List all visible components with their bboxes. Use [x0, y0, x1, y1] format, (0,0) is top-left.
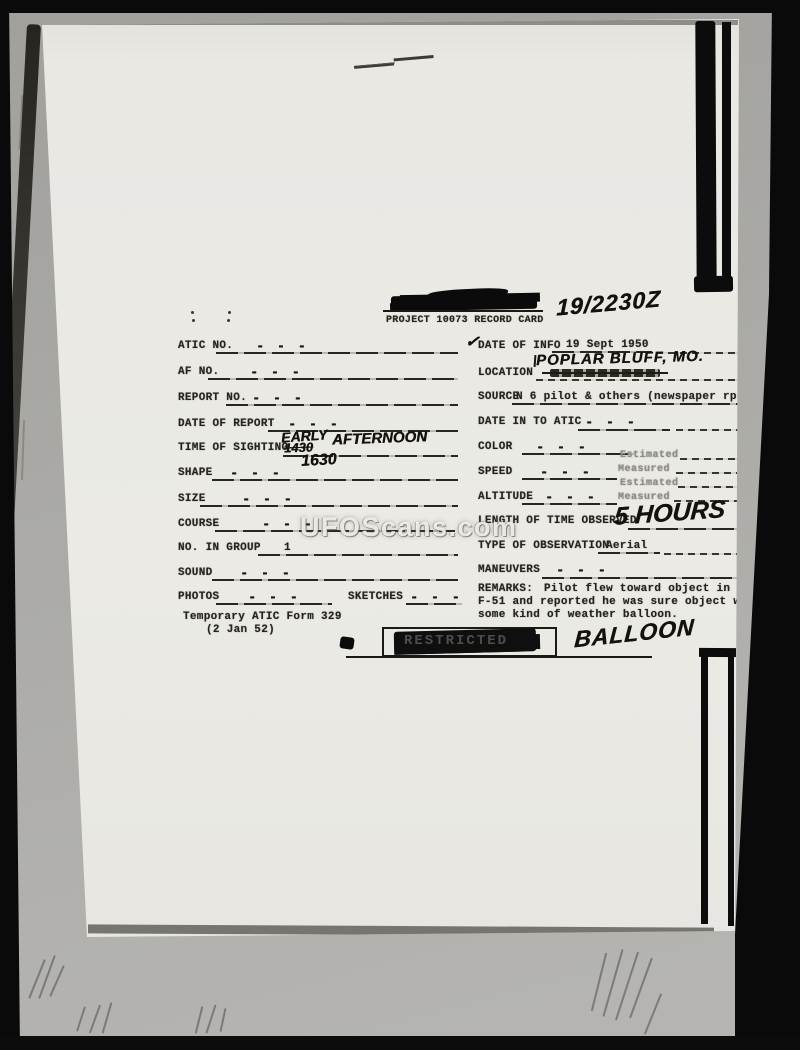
- frame-top: [0, 0, 800, 13]
- handwritten-time-below: 1630: [301, 451, 337, 471]
- field-rule: [212, 479, 458, 481]
- form-date: (2 Jan 52): [206, 624, 275, 637]
- page-title: PROJECT 10073 RECORD CARD: [386, 314, 544, 327]
- record-card-page: PROJECT 10073 RECORD CARD 19/2230Z ATIC …: [0, 0, 800, 1050]
- field-label-maneuvers: MANEUVERS: [478, 564, 540, 577]
- field-rule-dashed: [676, 429, 746, 431]
- field-rule: [208, 378, 458, 380]
- field-rule-dashed: [664, 553, 746, 555]
- binding-bar-upper-foot: [694, 276, 733, 293]
- field-rule: [522, 503, 617, 505]
- field-rule: [522, 478, 617, 480]
- field-rule: [200, 505, 458, 507]
- field-rule: [216, 352, 458, 354]
- field-label-course: COURSE: [178, 518, 219, 531]
- field-rule: [578, 429, 670, 431]
- field-label-sketches: SKETCHES: [348, 591, 403, 604]
- field-label-speed: SPEED: [478, 466, 513, 479]
- field-rule: [258, 554, 458, 556]
- field-rule: [406, 603, 462, 605]
- stamp-rule: [346, 656, 652, 658]
- field-rule: [226, 404, 458, 406]
- field-label-sound: SOUND: [178, 567, 213, 580]
- field-rule: [212, 579, 458, 581]
- ink-smudge: [339, 636, 355, 650]
- scale-label-estimated-1: Estimated: [620, 450, 679, 462]
- field-rule: [628, 528, 740, 530]
- scale-label-measured-1: Measured: [618, 464, 670, 476]
- field-rule: [216, 603, 332, 605]
- stamp-remnant-marks: [228, 311, 232, 315]
- binding-bar-upper-outer: [695, 21, 716, 291]
- field-label-color: COLOR: [478, 441, 513, 454]
- field-label-time-of-sighting: TIME OF SIGHTING: [178, 442, 288, 455]
- scan-artifact-line: [357, 62, 395, 66]
- field-label-photos: PHOTOS: [178, 591, 219, 604]
- scale-rule: [678, 486, 746, 488]
- binding-bar-lower-right: [728, 652, 734, 926]
- watermark: UFOScans.com: [300, 512, 518, 542]
- binding-bar-lower-left: [701, 652, 708, 924]
- scale-label-estimated-2: Estimated: [620, 478, 679, 490]
- remarks-line1: Pilot flew toward object in: [544, 583, 730, 596]
- strikethrough-line: [542, 372, 668, 374]
- scale-rule: [676, 472, 746, 474]
- field-rule: [512, 403, 746, 405]
- binding-bar-upper-inner: [722, 22, 731, 284]
- field-label-shape: SHAPE: [178, 467, 213, 480]
- field-label-date-in-to-atic: DATE IN TO ATIC: [478, 416, 582, 429]
- field-label-location: LOCATION: [478, 367, 533, 380]
- handwritten-time-word2: AFTERNOON: [332, 428, 428, 448]
- field-rule: [598, 552, 660, 554]
- restricted-stamp-text: RESTRICTED: [404, 630, 508, 652]
- field-value-date-in-to-atic: - - -: [585, 417, 637, 429]
- scale-rule: [680, 458, 746, 460]
- remarks-line2: F-51 and reported he was sure object was: [478, 596, 754, 609]
- frame-bottom: [0, 1036, 800, 1050]
- field-label-no-in-group: NO. IN GROUP: [178, 542, 261, 555]
- handwritten-location: POPLAR BLUFF, MO.: [536, 348, 704, 369]
- form-name: Temporary ATIC Form 329: [183, 611, 342, 624]
- field-rule: [542, 577, 744, 579]
- stamp-remnant-marks: [191, 311, 194, 314]
- remarks-label: REMARKS:: [478, 583, 533, 596]
- field-rule-dashed: [536, 379, 746, 381]
- handwritten-datetime: 19/2230Z: [556, 285, 661, 321]
- title-rule: [383, 310, 543, 312]
- field-value-maneuvers: - - -: [556, 565, 608, 577]
- field-rule: [522, 453, 634, 455]
- field-label-date-of-report: DATE OF REPORT: [178, 418, 275, 431]
